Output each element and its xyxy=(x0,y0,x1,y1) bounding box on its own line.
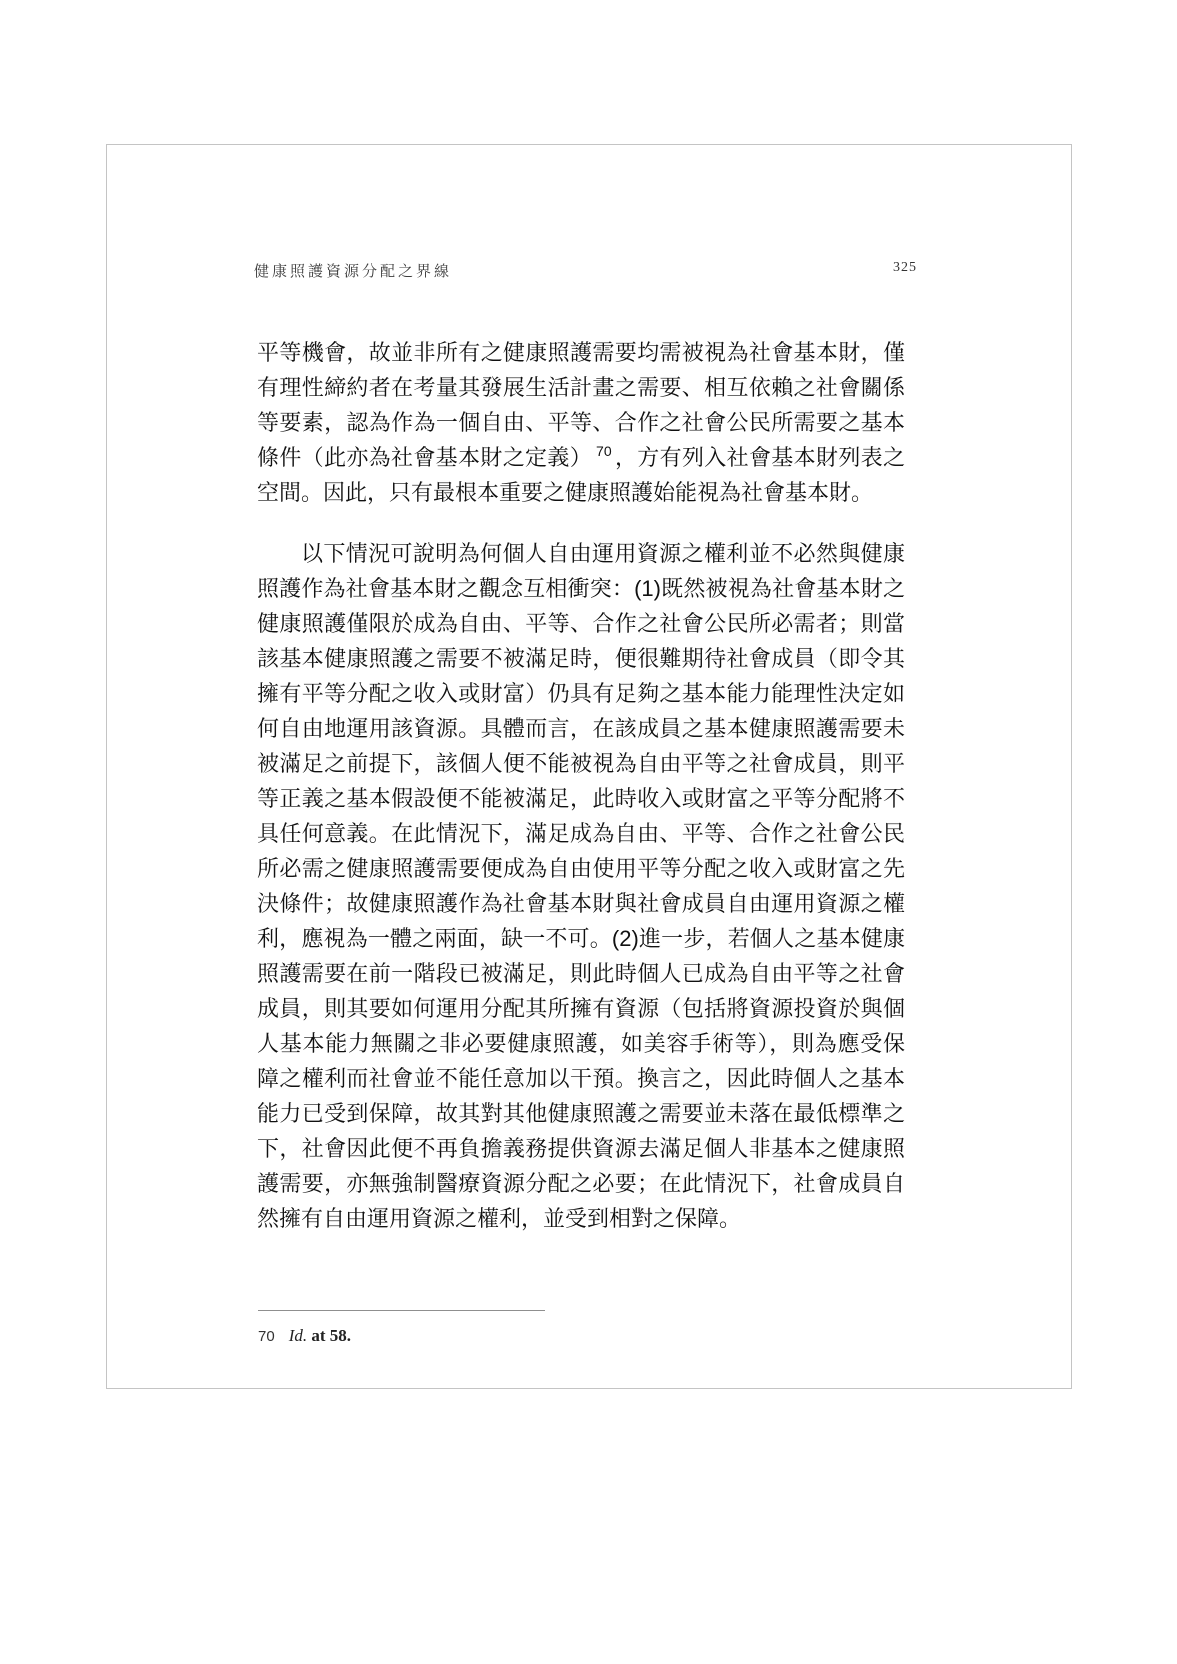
footnote-citation-id: Id. xyxy=(289,1326,307,1345)
text-line: 能力已受到保障，故其對其他健康照護之需要並未落在最低標準之 xyxy=(257,1096,905,1131)
text-line: 所必需之健康照護需要便成為自由使用平等分配之收入或財富之先 xyxy=(257,851,905,886)
text-line: 人基本能力無關之非必要健康照護，如美容手術等），則為應受保 xyxy=(257,1026,905,1061)
text-line: 利，應視為一體之兩面，缺一不可。(2)進一步，若個人之基本健康 xyxy=(257,921,905,956)
text-line: 成員，則其要如何運用分配其所擁有資源（包括將資源投資於與個 xyxy=(257,991,905,1026)
text-line: 被滿足之前提下，該個人便不能被視為自由平等之社會成員，則平 xyxy=(257,746,905,781)
footnote-reference-marker: 70 xyxy=(592,443,615,459)
running-header-title: 健康照護資源分配之界線 xyxy=(254,260,452,281)
text-line: 照護作為社會基本財之觀念互相衝突：(1)既然被視為社會基本財之 xyxy=(257,571,905,606)
text-line: 照護需要在前一階段已被滿足，則此時個人已成為自由平等之社會 xyxy=(257,956,905,991)
scanned-document-page: 健康照護資源分配之界線 325 平等機會，故並非所有之健康照護需要均需被視為社會… xyxy=(0,0,1177,1664)
footnote: 70Id. at 58. xyxy=(258,1326,351,1346)
text-line: 等正義之基本假設便不能被滿足，此時收入或財富之平等分配將不 xyxy=(257,781,905,816)
text-line: 平等機會，故並非所有之健康照護需要均需被視為社會基本財，僅 xyxy=(257,335,905,370)
page-number: 325 xyxy=(893,260,917,276)
text-line: 何自由地運用該資源。具體而言，在該成員之基本健康照護需要未 xyxy=(257,711,905,746)
text-line: 具任何意義。在此情況下，滿足成為自由、平等、合作之社會公民 xyxy=(257,816,905,851)
text-line: 障之權利而社會並不能任意加以干預。換言之，因此時個人之基本 xyxy=(257,1061,905,1096)
text-line: 決條件；故健康照護作為社會基本財與社會成員自由運用資源之權 xyxy=(257,886,905,921)
text-line: 等要素，認為作為一個自由、平等、合作之社會公民所需要之基本 xyxy=(257,405,905,440)
body-text: 平等機會，故並非所有之健康照護需要均需被視為社會基本財，僅有理性締約者在考量其發… xyxy=(257,335,905,1236)
paragraph-1: 平等機會，故並非所有之健康照護需要均需被視為社會基本財，僅有理性締約者在考量其發… xyxy=(257,335,905,510)
text-line: 條件（此亦為社會基本財之定義）70，方有列入社會基本財列表之 xyxy=(257,440,905,475)
footnote-number: 70 xyxy=(258,1328,275,1345)
text-line: 有理性締約者在考量其發展生活計畫之需要、相互依賴之社會關係 xyxy=(257,370,905,405)
text-line: 護需要，亦無強制醫療資源分配之必要；在此情況下，社會成員自 xyxy=(257,1166,905,1201)
text-line: 該基本健康照護之需要不被滿足時，便很難期待社會成員（即令其 xyxy=(257,641,905,676)
paragraph-2: 以下情況可說明為何個人自由運用資源之權利並不必然與健康照護作為社會基本財之觀念互… xyxy=(257,536,905,1236)
text-line: 以下情況可說明為何個人自由運用資源之權利並不必然與健康 xyxy=(257,536,905,571)
text-line: 空間。因此，只有最根本重要之健康照護始能視為社會基本財。 xyxy=(257,475,905,510)
text-line: 健康照護僅限於成為自由、平等、合作之社會公民所必需者；則當 xyxy=(257,606,905,641)
text-line: 然擁有自由運用資源之權利，並受到相對之保障。 xyxy=(257,1201,905,1236)
footnote-citation-page: at 58. xyxy=(307,1326,351,1345)
text-line: 擁有平等分配之收入或財富）仍具有足夠之基本能力能理性決定如 xyxy=(257,676,905,711)
footnote-separator-rule xyxy=(258,1310,545,1311)
text-line: 下，社會因此便不再負擔義務提供資源去滿足個人非基本之健康照 xyxy=(257,1131,905,1166)
